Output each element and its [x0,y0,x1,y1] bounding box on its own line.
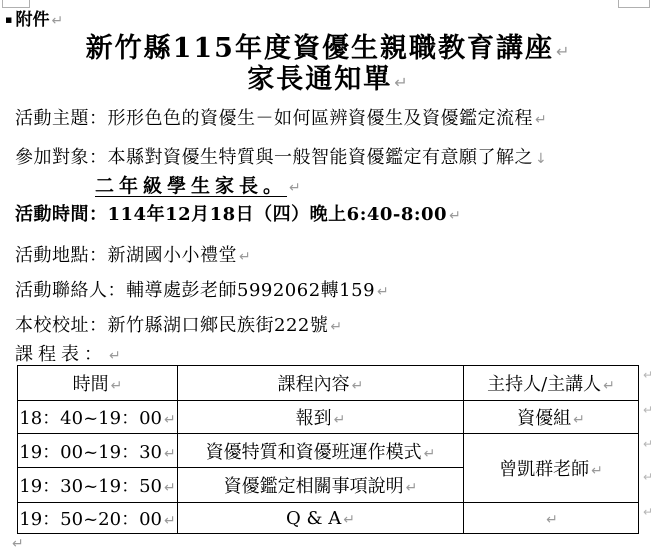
paragraph-mark: ↵ [239,249,251,265]
schedule-label-line: 課程表：↵ [15,340,121,366]
cell-time: 19：50~20：00↵ [18,503,178,534]
row-end-mark: ↵ [643,437,653,451]
header-content-text: 課程內容 [278,374,350,395]
paragraph-mark: ↵ [591,463,603,479]
table-row: 19：50~20：00↵ Q & A↵ ↵ [18,503,639,534]
host-value: 資優組 [517,408,571,429]
paragraph-mark: ↵ [377,284,389,300]
paragraph-mark: ↵ [573,412,585,428]
schedule-table: 時間↵ 課程內容↵ 主持人/主講人↵ 18：40~19：00↵ 報到↵ 資優組↵… [17,365,639,534]
header-cell-host: 主持人/主講人↵ [464,366,639,401]
paragraph-mark: ↵ [406,480,418,496]
time-value: 18：40~19：00 [19,408,162,429]
cell-time: 19：00~19：30↵ [18,434,178,468]
row-end-mark: ↵ [643,470,653,484]
time-text: 活動時間：114年12月18日（四）晚上6:40-8:00 [15,204,447,225]
time-value: 19：00~19：30 [19,442,162,463]
cell-content: Q & A↵ [178,503,464,534]
cell-time: 18：40~19：00↵ [18,401,178,434]
doc-title-line2: 家長通知單↵ [0,57,655,96]
paragraph-mark: ↵ [109,348,121,364]
paragraph-mark: ↵ [603,378,615,394]
schedule-label-text: 課程表： [15,344,107,365]
theme-text: 活動主題：形形色色的資優生－如何區辨資優生及資優鑑定流程 [15,108,533,129]
paragraph-mark: ↵ [164,513,176,529]
paragraph-mark: ↵ [164,480,176,496]
cell-host-empty: ↵ [464,503,639,534]
audience-text: 參加對象：本縣對資優生特質與一般智能資優鑑定有意願了解之 [15,147,533,168]
header-time-text: 時間 [73,374,109,395]
paragraph-mark: ↵ [546,512,558,528]
time-value: 19：30~19：50 [19,476,162,497]
cell-host: 資優組↵ [464,401,639,434]
table-header-row: 時間↵ 課程內容↵ 主持人/主講人↵ [18,366,639,401]
contact-text: 活動聯絡人：輔導處彭老師5992062轉159 [15,280,375,301]
time-line: 活動時間：114年12月18日（四）晚上6:40-8:00↵ [15,200,461,226]
audience-line: 參加對象：本縣對資優生特質與一般智能資優鑑定有意願了解之↓ [15,143,547,169]
paragraph-mark: ↵ [111,378,123,394]
content-value: 資優鑑定相關事項說明 [224,476,404,497]
content-value: Q & A [286,508,341,529]
paragraph-mark: ↵ [424,446,436,462]
paragraph-mark: ↵ [449,208,461,224]
content-value: 資優特質和資優班運作模式 [206,442,422,463]
cell-content: 資優特質和資優班運作模式↵ [178,434,464,468]
cell-time: 19：30~19：50↵ [18,468,178,503]
address-line: 本校校址：新竹縣湖口鄉民族街222號↵ [15,311,342,337]
paragraph-mark: ↵ [352,378,364,394]
paragraph-mark: ↵ [12,536,24,552]
table-row: 19：00~19：30↵ 資優特質和資優班運作模式↵ 曾凱群老師↵ [18,434,639,468]
location-line: 活動地點：新湖國小小禮堂↵ [15,241,251,267]
row-end-mark: ↵ [643,505,653,519]
header-host-text: 主持人/主講人 [487,374,601,395]
header-cell-content: 課程內容↵ [178,366,464,401]
cell-content: 資優鑑定相關事項說明↵ [178,468,464,503]
paragraph-mark: ↵ [334,412,346,428]
cell-host-merged: 曾凱群老師↵ [464,434,639,503]
cutoff-frame-corner-right [618,0,650,8]
address-text: 本校校址：新竹縣湖口鄉民族街222號 [15,315,328,336]
paragraph-mark: ↵ [289,180,301,196]
content-value: 報到 [296,408,332,429]
location-text: 活動地點：新湖國小小禮堂 [15,245,237,266]
row-end-mark: ↵ [643,403,653,417]
host-value: 曾凱群老師 [499,459,589,480]
row-end-mark: ↵ [643,368,653,382]
theme-line: 活動主題：形形色色的資優生－如何區辨資優生及資優鑑定流程↵ [15,104,547,130]
paragraph-mark: ↵ [535,112,547,128]
table-row: 18：40~19：00↵ 報到↵ 資優組↵ [18,401,639,434]
contact-line: 活動聯絡人：輔導處彭老師5992062轉159↵ [15,276,389,302]
doc-title-line2-text: 家長通知單 [247,64,392,95]
paragraph-mark: ↵ [164,446,176,462]
line-break-mark: ↓ [535,151,547,167]
square-bullet-icon: ▪ [5,13,12,26]
header-cell-time: 時間↵ [18,366,178,401]
paragraph-mark: ↵ [164,412,176,428]
audience-continuation-line: 二年級學生家長。↵ [95,171,301,198]
cell-content: 報到↵ [178,401,464,434]
paragraph-mark: ↵ [394,73,407,92]
document-page: ▪附件↵ 新竹縣115年度資優生親職教育講座↵ 家長通知單↵ 活動主題：形形色色… [0,0,655,556]
audience-continuation-text: 二年級學生家長。 [95,175,287,197]
paragraph-mark: ↵ [343,512,355,528]
time-value: 19：50~20：00 [19,509,162,530]
paragraph-mark: ↵ [330,319,342,335]
